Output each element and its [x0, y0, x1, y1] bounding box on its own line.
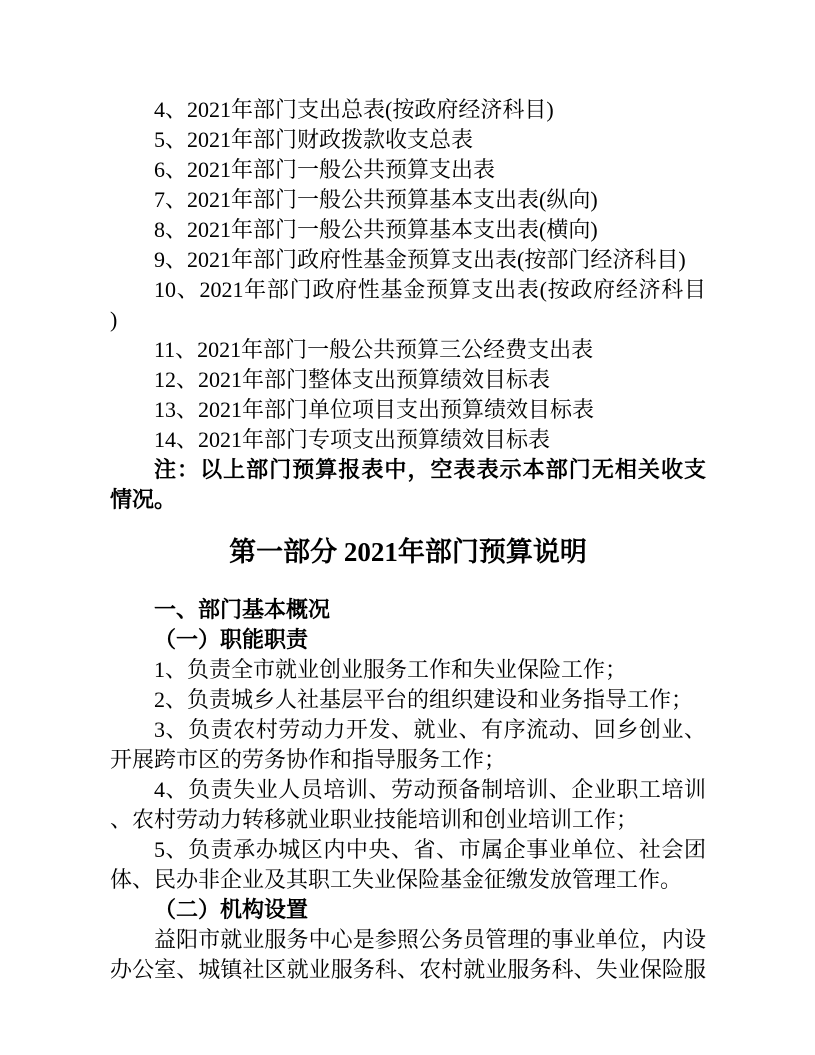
duty-line-1: 1、负责全市就业创业服务工作和失业保险工作； [110, 655, 706, 685]
annex-line-5: 5、2021年部门财政拨款收支总表 [110, 125, 706, 155]
note-line-1: 注：以上部门预算报表中，空表表示本部门无相关收支 [110, 455, 706, 485]
structure-line-2: 办公室、城镇社区就业服务科、农村就业服务科、失业保险服 [110, 955, 706, 985]
annex-line-4: 4、2021年部门支出总表(按政府经济科目) [110, 95, 706, 125]
note-line-2: 情况。 [110, 485, 706, 515]
annex-line-10-wrap: ) [110, 305, 706, 335]
annex-line-9: 9、2021年部门政府性基金预算支出表(按部门经济科目) [110, 245, 706, 275]
overview-heading: 一、部门基本概况 [110, 595, 706, 625]
annex-line-12: 12、2021年部门整体支出预算绩效目标表 [110, 365, 706, 395]
duty-line-5-wrap: 体、民办非企业及其职工失业保险基金征缴发放管理工作。 [110, 865, 706, 895]
annex-line-7: 7、2021年部门一般公共预算基本支出表(纵向) [110, 185, 706, 215]
duty-line-2: 2、负责城乡人社基层平台的组织建设和业务指导工作； [110, 685, 706, 715]
duty-line-4: 4、负责失业人员培训、劳动预备制培训、企业职工培训 [110, 775, 706, 805]
document-body: 4、2021年部门支出总表(按政府经济科目) 5、2021年部门财政拨款收支总表… [110, 95, 706, 985]
duty-line-5: 5、负责承办城区内中央、省、市属企事业单位、社会团 [110, 835, 706, 865]
structure-heading: （二）机构设置 [110, 895, 706, 925]
annex-line-10: 10、2021年部门政府性基金预算支出表(按政府经济科目 [110, 275, 706, 305]
annex-line-6: 6、2021年部门一般公共预算支出表 [110, 155, 706, 185]
annex-line-14: 14、2021年部门专项支出预算绩效目标表 [110, 425, 706, 455]
annex-line-13: 13、2021年部门单位项目支出预算绩效目标表 [110, 395, 706, 425]
part-one-title: 第一部分 2021年部门预算说明 [110, 532, 706, 572]
structure-line-1: 益阳市就业服务中心是参照公务员管理的事业单位，内设 [110, 925, 706, 955]
duty-line-3-wrap: 开展跨市区的劳务协作和指导服务工作； [110, 745, 706, 775]
duty-line-4-wrap: 、农村劳动力转移就业职业技能培训和创业培训工作； [110, 805, 706, 835]
duties-heading: （一）职能职责 [110, 625, 706, 655]
document-page: 4、2021年部门支出总表(按政府经济科目) 5、2021年部门财政拨款收支总表… [0, 0, 815, 1055]
annex-line-11: 11、2021年部门一般公共预算三公经费支出表 [110, 335, 706, 365]
duty-line-3: 3、负责农村劳动力开发、就业、有序流动、回乡创业、 [110, 715, 706, 745]
annex-line-8: 8、2021年部门一般公共预算基本支出表(横向) [110, 215, 706, 245]
